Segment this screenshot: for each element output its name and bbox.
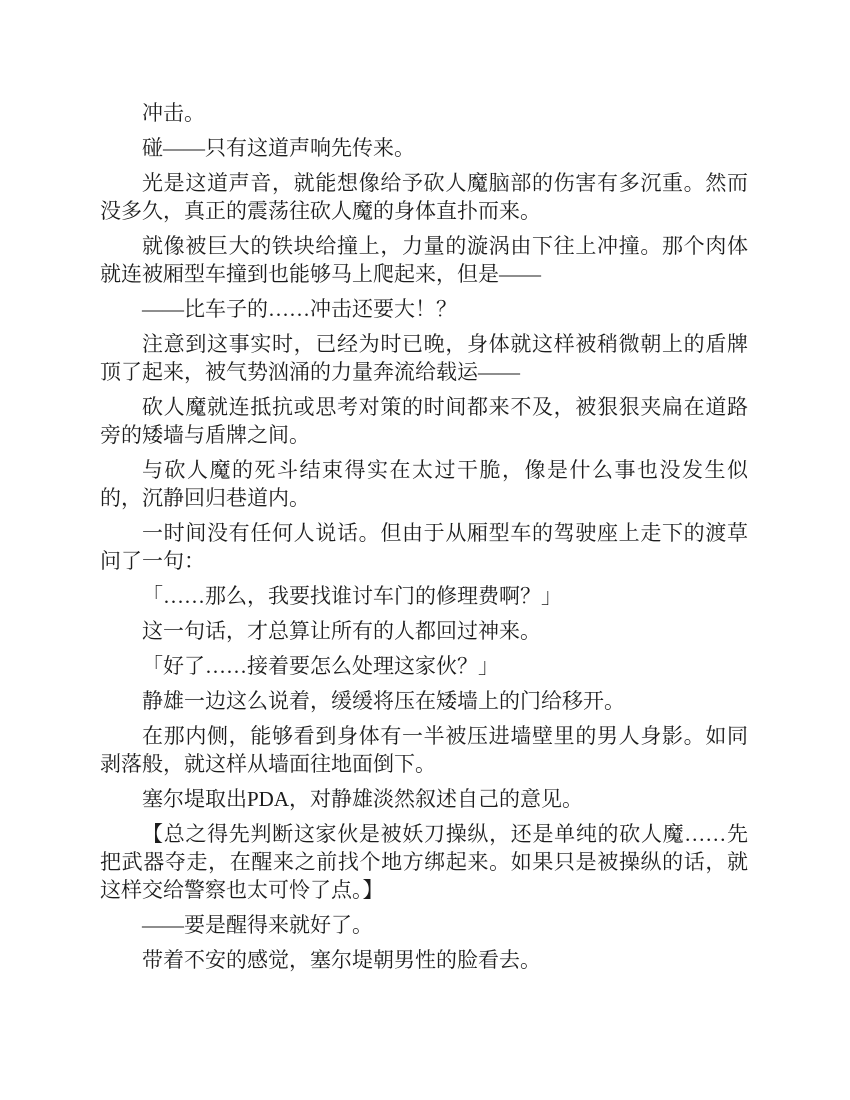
paragraph: ——比车子的……冲击还要大！？ — [100, 295, 748, 323]
paragraph: 塞尔堤取出PDA，对静雄淡然叙述自己的意见。 — [100, 785, 748, 813]
paragraph: 就像被巨大的铁块给撞上，力量的漩涡由下往上冲撞。那个肉体就连被厢型车撞到也能够马… — [100, 232, 748, 288]
novel-page: 冲击。 碰——只有这道声响先传来。 光是这道声音，就能想像给予砍人魔脑部的伤害有… — [0, 0, 850, 1100]
paragraph: 冲击。 — [100, 99, 748, 127]
paragraph: 与砍人魔的死斗结束得实在太过干脆，像是什么事也没发生似的，沉静回归巷道内。 — [100, 456, 748, 512]
paragraph: 这一句话，才总算让所有的人都回过神来。 — [100, 617, 748, 645]
paragraph: 在那内侧，能够看到身体有一半被压进墙壁里的男人身影。如同剥落般，就这样从墙面往地… — [100, 722, 748, 778]
paragraph: 注意到这事实时，已经为时已晚，身体就这样被稍微朝上的盾牌顶了起来，被气势汹涌的力… — [100, 330, 748, 386]
paragraph-dialogue: 「……那么，我要找谁讨车门的修理费啊？」 — [100, 582, 748, 610]
paragraph-pda-message: 【总之得先判断这家伙是被妖刀操纵，还是单纯的砍人魔……先把武器夺走，在醒来之前找… — [100, 820, 748, 904]
paragraph: 光是这道声音，就能想像给予砍人魔脑部的伤害有多沉重。然而没多久，真正的震荡往砍人… — [100, 169, 748, 225]
paragraph: 一时间没有任何人说话。但由于从厢型车的驾驶座上走下的渡草问了一句： — [100, 519, 748, 575]
paragraph: ——要是醒得来就好了。 — [100, 911, 748, 939]
paragraph: 砍人魔就连抵抗或思考对策的时间都来不及，被狠狠夹扁在道路旁的矮墙与盾牌之间。 — [100, 393, 748, 449]
paragraph: 带着不安的感觉，塞尔堤朝男性的脸看去。 — [100, 946, 748, 974]
text-content: 冲击。 碰——只有这道声响先传来。 光是这道声音，就能想像给予砍人魔脑部的伤害有… — [100, 99, 748, 981]
paragraph-dialogue: 「好了……接着要怎么处理这家伙？」 — [100, 652, 748, 680]
paragraph: 静雄一边这么说着，缓缓将压在矮墙上的门给移开。 — [100, 687, 748, 715]
paragraph: 碰——只有这道声响先传来。 — [100, 134, 748, 162]
